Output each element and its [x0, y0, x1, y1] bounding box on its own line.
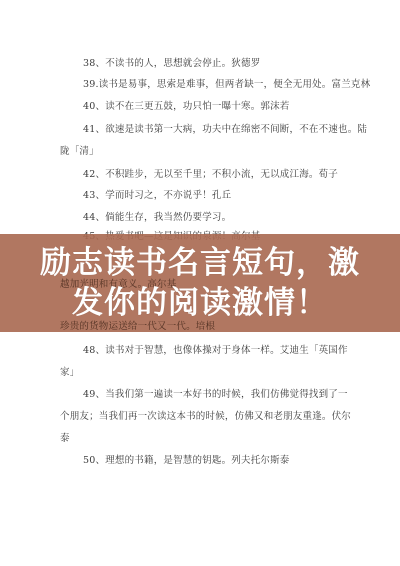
banner-title-line-2: 发你的阅读激情！ [72, 283, 328, 323]
title-banner: 励志读书名言短句，激 发你的阅读激情！ [0, 234, 400, 332]
quote-49-continuation-2: 泰 [60, 433, 70, 445]
quote-43: 43、学而时习之，不亦说乎！孔丘 [83, 190, 231, 202]
quote-41: 41、欲速是读书第一大病，功夫中在绵密不间断，不在不速也。陆 [83, 124, 367, 136]
banner-title-line-1: 励志读书名言短句，激 [40, 243, 360, 283]
quote-41-continuation: 陇「清」 [60, 146, 99, 158]
quote-42: 42、不积跬步，无以至千里；不积小流，无以成江海。荀子 [83, 169, 338, 181]
quote-48: 48、读书对于智慧，也像体操对于身体一样。艾迪生「英国作 [83, 345, 348, 357]
quote-40: 40、读不在三更五鼓，功只怕一曝十寒。郭沫若 [83, 101, 290, 113]
quote-49: 49、当我们第一遍读一本好书的时候，我们仿佛觉得找到了一 [83, 389, 348, 401]
quote-38: 38、不读书的人，思想就会停止。狄德罗 [83, 58, 260, 70]
quote-48-continuation: 家」 [60, 367, 79, 379]
quote-44: 44、倘能生存，我当然仍要学习。 [83, 212, 231, 224]
quote-39: 39.读书是易事，思索是难事，但两者缺一，便全无用处。富兰克林 [83, 79, 370, 91]
quote-49-continuation: 个朋友；当我们再一次读这本书的时候，仿佛又和老朋友重逢。伏尔 [60, 411, 351, 423]
quote-50: 50、理想的书籍，是智慧的钥匙。列夫托尔斯泰 [83, 455, 290, 467]
